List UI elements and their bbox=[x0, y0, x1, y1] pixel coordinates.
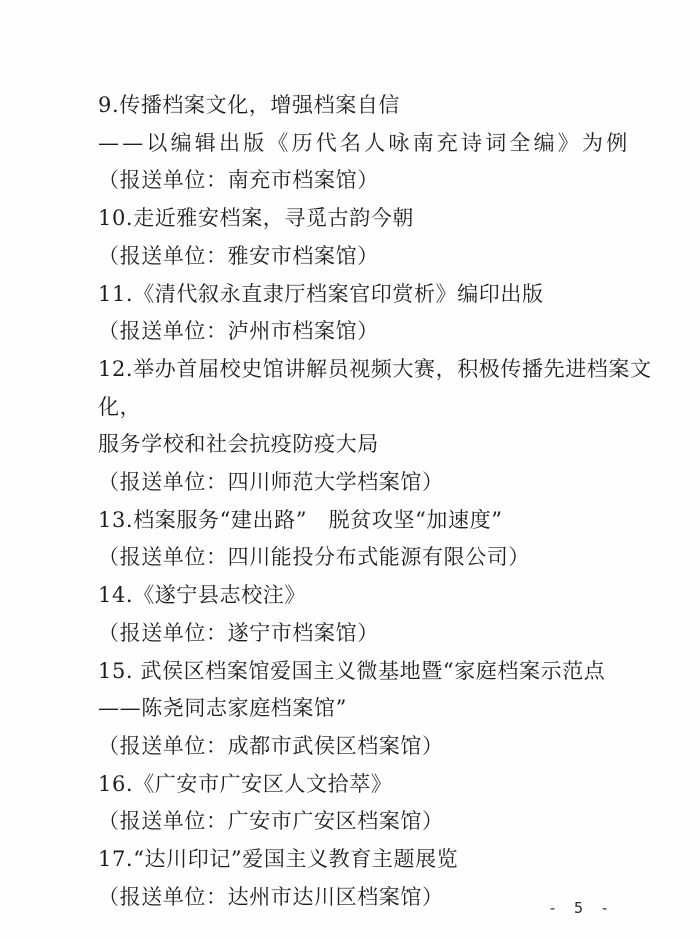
entry-line-9-unit: （报送单位：南充市档案馆） bbox=[98, 162, 652, 200]
entry-line-12-unit: （报送单位：四川师范大学档案馆） bbox=[98, 464, 652, 502]
entry-line-17-title: 17.“达川印记”爱国主义教育主题展览 bbox=[98, 841, 652, 879]
entry-line-15-title: 15. 武侯区档案馆爱国主义微基地暨“家庭档案示范点 bbox=[98, 653, 652, 691]
entry-line-11-title: 11.《清代叙永直隶厅档案官印赏析》编印出版 bbox=[98, 276, 652, 314]
document-body: 9.传播档案文化，增强档案自信 ——以编辑出版《历代名人咏南充诗词全编》为例 （… bbox=[98, 87, 652, 916]
entry-line-14-title: 14.《遂宁县志校注》 bbox=[98, 577, 652, 615]
page-number: - 5 - bbox=[548, 899, 613, 917]
entry-line-9-title: 9.传播档案文化，增强档案自信 bbox=[98, 87, 652, 125]
entry-line-10-unit: （报送单位：雅安市档案馆） bbox=[98, 238, 652, 276]
entry-line-15-subtitle: ——陈尧同志家庭档案馆” bbox=[98, 690, 652, 728]
entry-line-14-unit: （报送单位：遂宁市档案馆） bbox=[98, 615, 652, 653]
entry-line-9-subtitle: ——以编辑出版《历代名人咏南充诗词全编》为例 bbox=[98, 125, 652, 163]
entry-line-16-unit: （报送单位：广安市广安区档案馆） bbox=[98, 803, 652, 841]
entry-line-13-title: 13.档案服务“建出路” 脱贫攻坚“加速度” bbox=[98, 502, 652, 540]
entry-line-10-title: 10.走近雅安档案，寻觅古韵今朝 bbox=[98, 200, 652, 238]
document-page: 9.传播档案文化，增强档案自信 ——以编辑出版《历代名人咏南充诗词全编》为例 （… bbox=[0, 0, 700, 939]
entry-line-11-unit: （报送单位：泸州市档案馆） bbox=[98, 313, 652, 351]
entry-line-12-title: 12.举办首届校史馆讲解员视频大赛，积极传播先进档案文化， bbox=[98, 351, 652, 426]
entry-line-13-unit: （报送单位：四川能投分布式能源有限公司） bbox=[98, 539, 652, 577]
entry-line-16-title: 16.《广安市广安区人文拾萃》 bbox=[98, 766, 652, 804]
entry-line-15-unit: （报送单位：成都市武侯区档案馆） bbox=[98, 728, 652, 766]
entry-line-12-title-wrap: 服务学校和社会抗疫防疫大局 bbox=[98, 426, 652, 464]
